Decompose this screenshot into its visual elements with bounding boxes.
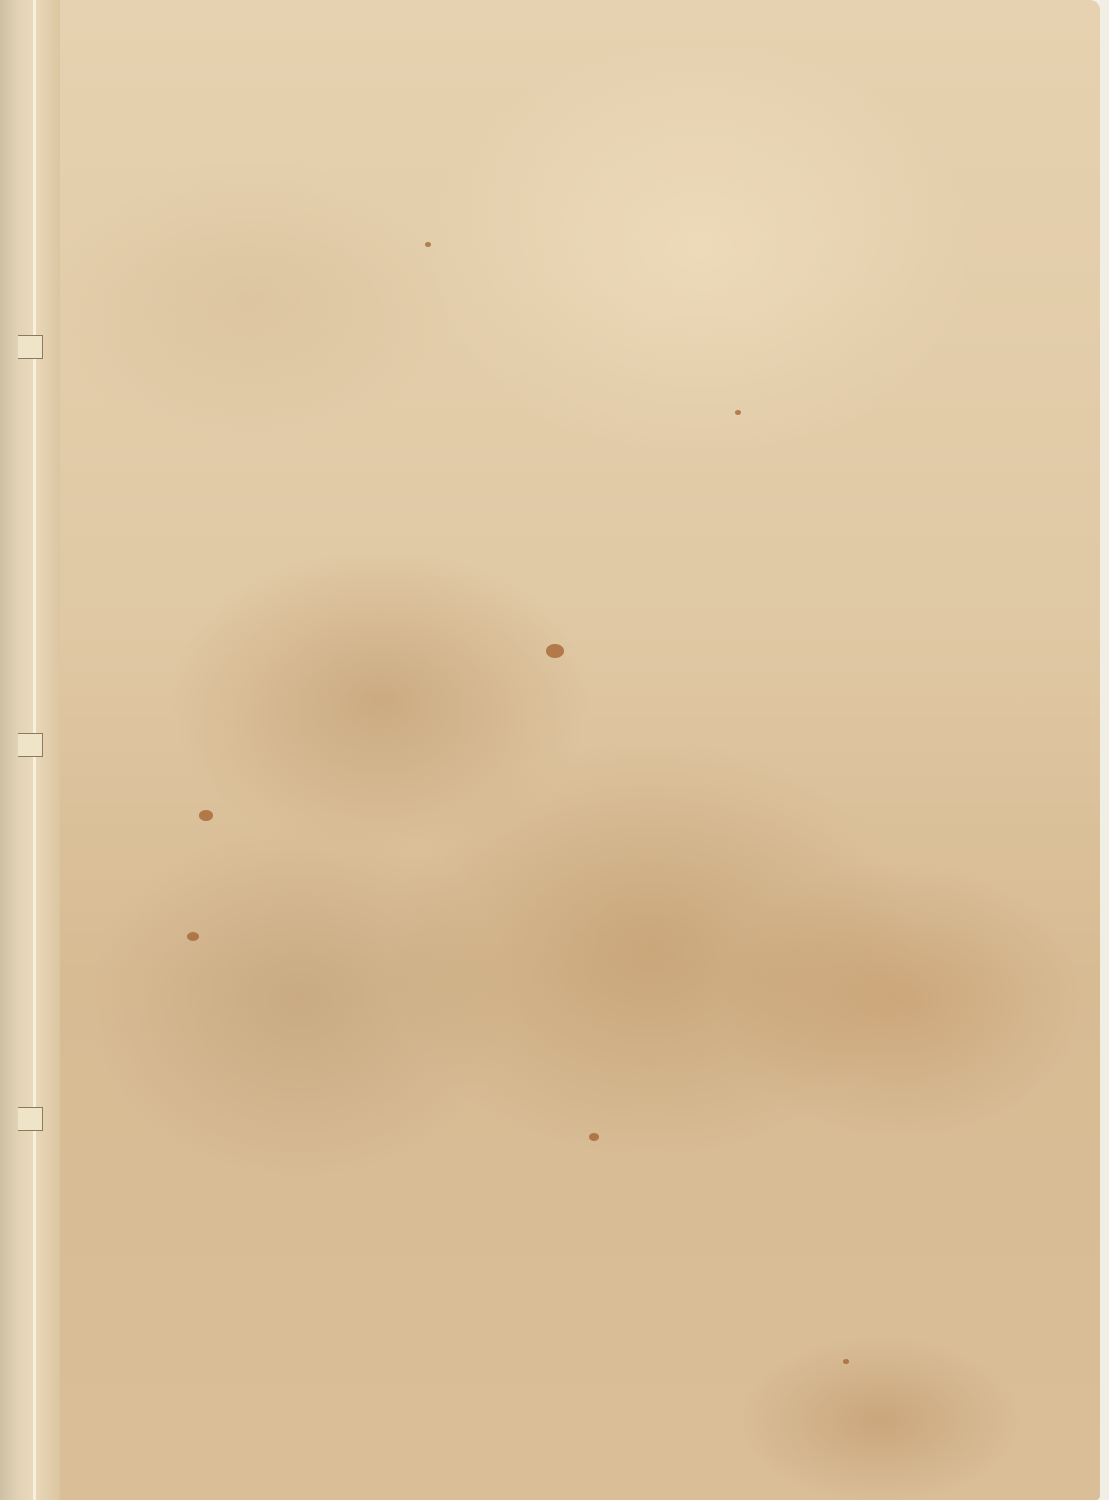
stain-spot — [199, 810, 213, 821]
stitching-tab-bottom — [18, 1107, 43, 1131]
stain-spot — [589, 1133, 599, 1141]
stitching-tab-top — [18, 335, 43, 359]
stain-spot — [187, 932, 199, 941]
stain-spot — [735, 410, 741, 415]
stitching-tab-middle — [18, 733, 43, 757]
stain-spot — [843, 1359, 849, 1364]
vellum-book-cover — [0, 0, 1100, 1500]
stain-spot — [425, 242, 431, 247]
stain-spot — [546, 644, 564, 658]
page-edge — [1100, 0, 1109, 1500]
